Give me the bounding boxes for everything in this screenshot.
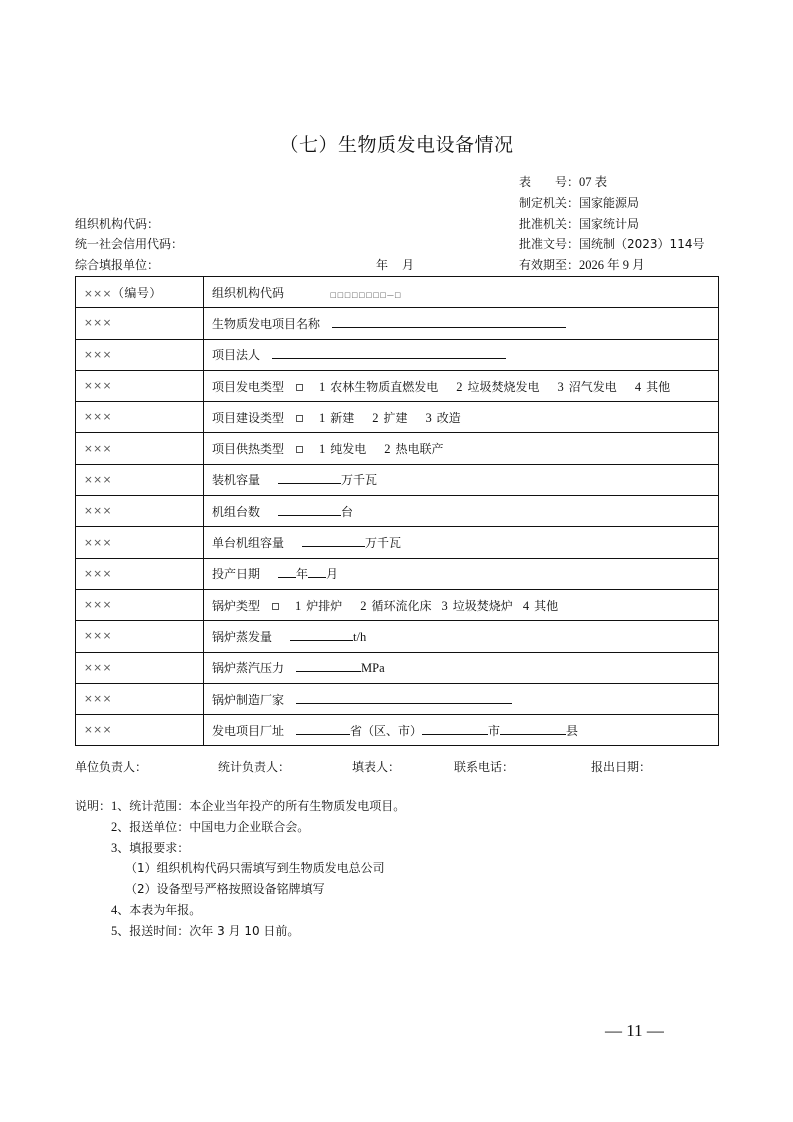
field-label: 项目供热类型 bbox=[212, 442, 284, 456]
note-text: 、报送时间：次年 3 月 10 日前。 bbox=[117, 924, 299, 938]
field-label: 生物质发电项目名称 bbox=[212, 317, 320, 331]
field-boiler-type[interactable]: 锅炉类型1炉排炉2循环流化床3垃圾焚烧炉4其他 bbox=[204, 589, 719, 620]
field-project-name[interactable]: 生物质发电项目名称 bbox=[204, 308, 719, 339]
checkbox-icon[interactable] bbox=[296, 384, 303, 391]
table-row: ×××（编号） 组织机构代码□□□□□□□□—□ bbox=[76, 277, 719, 308]
row-code: ××× bbox=[76, 558, 204, 589]
field-generation-type[interactable]: 项目发电类型1农林生物质直燃发电2垃圾焚烧发电3沼气发电4其他 bbox=[204, 370, 719, 401]
unit-label: 万千瓦 bbox=[365, 536, 401, 550]
table-row: ××× 锅炉蒸发量t/h bbox=[76, 621, 719, 652]
org-code-boxes[interactable]: □□□□□□□□—□ bbox=[330, 291, 402, 299]
table-row: ××× 单台机组容量万千瓦 bbox=[76, 527, 719, 558]
commission-year-blank[interactable] bbox=[278, 565, 296, 578]
field-label: 投产日期 bbox=[212, 567, 260, 581]
checkbox-icon[interactable] bbox=[272, 603, 279, 610]
unit-label: 万千瓦 bbox=[341, 473, 377, 487]
option-number: 2 bbox=[360, 599, 366, 613]
row-code: ××× bbox=[76, 683, 204, 714]
unit-label: MPa bbox=[361, 661, 385, 675]
field-site-address[interactable]: 发电项目厂址省（区、市）市县 bbox=[204, 715, 719, 746]
option-number: 1 bbox=[319, 442, 325, 456]
option-number: 4 bbox=[635, 380, 641, 394]
field-construction-type[interactable]: 项目建设类型1新建2扩建3改造 bbox=[204, 402, 719, 433]
note-text: 、本表为年报。 bbox=[117, 903, 201, 917]
field-label: 装机容量 bbox=[212, 473, 260, 487]
signature-report-date: 报出日期： bbox=[591, 758, 651, 775]
meta-issuing-authority: 制定机关：国家能源局 bbox=[519, 196, 639, 210]
org-code-label: 组织机构代码： bbox=[75, 217, 159, 231]
field-label: 机组台数 bbox=[212, 505, 260, 519]
note-text: 、填报要求： bbox=[117, 841, 189, 855]
note-item: 说明：1、统计范围：本企业当年投产的所有生物质发电项目。 bbox=[75, 796, 405, 817]
commission-month-blank[interactable] bbox=[308, 565, 326, 578]
option-number: 4 bbox=[523, 599, 529, 613]
option-label: 炉排炉 bbox=[306, 599, 342, 613]
option-number: 1 bbox=[319, 411, 325, 425]
field-boiler-manufacturer[interactable]: 锅炉制造厂家 bbox=[204, 683, 719, 714]
option-label: 纯发电 bbox=[330, 442, 366, 456]
page-title: （七）生物质发电设备情况 bbox=[0, 130, 793, 157]
table-row: ××× 锅炉类型1炉排炉2循环流化床3垃圾焚烧炉4其他 bbox=[76, 589, 719, 620]
option-label: 垃圾焚烧炉 bbox=[453, 599, 513, 613]
credit-code-label: 统一社会信用代码： bbox=[75, 237, 183, 251]
note-text: 、统计范围：本企业当年投产的所有生物质发电项目。 bbox=[117, 799, 405, 813]
meta-form-number: 表 号：07 表 bbox=[519, 175, 607, 189]
equipment-form-table: ×××（编号） 组织机构代码□□□□□□□□—□ ××× 生物质发电项目名称 ×… bbox=[75, 276, 719, 746]
unit-label: 台 bbox=[341, 505, 353, 519]
unit-label: t/h bbox=[353, 630, 366, 644]
signature-form-filler: 填表人： bbox=[352, 758, 400, 775]
field-label: 单台机组容量 bbox=[212, 536, 284, 550]
report-period: 年月 bbox=[376, 258, 414, 272]
meta-value: 2026 年 9 月 bbox=[579, 258, 645, 272]
checkbox-icon[interactable] bbox=[296, 446, 303, 453]
row-code: ××× bbox=[76, 496, 204, 527]
signature-unit-head: 单位负责人： bbox=[75, 758, 147, 775]
option-number: 2 bbox=[456, 380, 462, 394]
table-row: ××× 项目法人 bbox=[76, 339, 719, 370]
row-code: ××× bbox=[76, 715, 204, 746]
note-item: 5、报送时间：次年 3 月 10 日前。 bbox=[75, 921, 405, 942]
field-installed-capacity[interactable]: 装机容量万千瓦 bbox=[204, 464, 719, 495]
option-number: 3 bbox=[442, 599, 448, 613]
notes-prefix: 说明： bbox=[75, 799, 111, 813]
meta-label: 制定机关： bbox=[519, 196, 579, 210]
option-label: 农林生物质直燃发电 bbox=[330, 380, 438, 394]
year-label: 年 bbox=[376, 258, 388, 272]
option-number: 1 bbox=[295, 599, 301, 613]
field-label: 组织机构代码 bbox=[212, 286, 284, 300]
code-value: ××× bbox=[84, 288, 112, 300]
checkbox-icon[interactable] bbox=[296, 415, 303, 422]
month-label: 月 bbox=[326, 567, 338, 581]
option-label: 新建 bbox=[330, 411, 354, 425]
installed-capacity-blank[interactable] bbox=[278, 471, 341, 484]
option-label: 沼气发电 bbox=[569, 380, 617, 394]
page-number: — 11 — bbox=[605, 1021, 664, 1041]
notes-section: 说明：1、统计范围：本企业当年投产的所有生物质发电项目。 2、报送单位：中国电力… bbox=[75, 796, 405, 942]
note-text: 、报送单位：中国电力企业联合会。 bbox=[117, 820, 309, 834]
row-code: ××× bbox=[76, 339, 204, 370]
province-label: 省（区、市） bbox=[350, 724, 422, 738]
option-number: 3 bbox=[426, 411, 432, 425]
boiler-pressure-blank[interactable] bbox=[296, 659, 361, 672]
field-heating-type[interactable]: 项目供热类型1纯发电2热电联产 bbox=[204, 433, 719, 464]
field-label: 锅炉蒸发量 bbox=[212, 630, 272, 644]
field-unit-count[interactable]: 机组台数台 bbox=[204, 496, 719, 527]
signature-stats-head: 统计负责人： bbox=[218, 758, 290, 775]
field-commissioning-date[interactable]: 投产日期年月 bbox=[204, 558, 719, 589]
row-code: ××× bbox=[76, 402, 204, 433]
note-item: 4、本表为年报。 bbox=[75, 900, 405, 921]
project-name-blank[interactable] bbox=[332, 315, 566, 328]
row-code: ××× bbox=[76, 621, 204, 652]
row-code: ××× bbox=[76, 370, 204, 401]
county-blank[interactable] bbox=[500, 722, 566, 735]
note-item: 2、报送单位：中国电力企业联合会。 bbox=[75, 817, 405, 838]
option-label: 其他 bbox=[646, 380, 670, 394]
option-label: 改造 bbox=[437, 411, 461, 425]
option-label: 扩建 bbox=[384, 411, 408, 425]
option-label: 垃圾焚烧发电 bbox=[468, 380, 540, 394]
month-label: 月 bbox=[402, 258, 414, 272]
row-code: ××× bbox=[76, 433, 204, 464]
option-label: 循环流化床 bbox=[372, 599, 432, 613]
table-row: ××× 项目发电类型1农林生物质直燃发电2垃圾焚烧发电3沼气发电4其他 bbox=[76, 370, 719, 401]
note-subitem: （2）设备型号严格按照设备铭牌填写 bbox=[75, 879, 405, 900]
single-unit-capacity-blank[interactable] bbox=[302, 534, 365, 547]
note-subitem: （1）组织机构代码只需填写到生物质发电总公司 bbox=[75, 858, 405, 879]
row-code: ××× bbox=[76, 464, 204, 495]
city-blank[interactable] bbox=[422, 722, 488, 735]
boiler-manufacturer-blank[interactable] bbox=[296, 691, 512, 704]
field-label: 锅炉类型 bbox=[212, 599, 260, 613]
table-row: ××× 锅炉蒸汽压力MPa bbox=[76, 652, 719, 683]
field-legal-entity[interactable]: 项目法人 bbox=[204, 339, 719, 370]
field-label: 项目建设类型 bbox=[212, 411, 284, 425]
table-row: ××× 装机容量万千瓦 bbox=[76, 464, 719, 495]
note-item: 3、填报要求： bbox=[75, 838, 405, 859]
row-code: ××× bbox=[76, 589, 204, 620]
field-boiler-evaporation[interactable]: 锅炉蒸发量t/h bbox=[204, 621, 719, 652]
option-number: 3 bbox=[558, 380, 564, 394]
field-label: 锅炉制造厂家 bbox=[212, 693, 284, 707]
signature-phone: 联系电话： bbox=[454, 758, 514, 775]
field-boiler-steam-pressure[interactable]: 锅炉蒸汽压力MPa bbox=[204, 652, 719, 683]
meta-value: 国统制（2023）114号 bbox=[579, 237, 704, 251]
field-label: 项目法人 bbox=[212, 348, 260, 362]
meta-value: 国家能源局 bbox=[579, 196, 639, 210]
meta-approving-authority: 批准机关：国家统计局 bbox=[519, 217, 639, 231]
meta-label: 有效期至： bbox=[519, 258, 579, 272]
field-org-code[interactable]: 组织机构代码□□□□□□□□—□ bbox=[204, 277, 719, 308]
meta-label: 批准机关： bbox=[519, 217, 579, 231]
county-label: 县 bbox=[566, 724, 578, 738]
field-label: 锅炉蒸汽压力 bbox=[212, 661, 284, 675]
boiler-evaporation-blank[interactable] bbox=[290, 628, 353, 641]
legal-entity-blank[interactable] bbox=[272, 346, 506, 359]
reporting-unit-label: 综合填报单位： bbox=[75, 258, 159, 272]
table-row: ××× 投产日期年月 bbox=[76, 558, 719, 589]
meta-approval-number: 批准文号：国统制（2023）114号 bbox=[519, 237, 704, 251]
unit-count-blank[interactable] bbox=[278, 503, 341, 516]
row-code: ×××（编号） bbox=[76, 277, 204, 308]
meta-valid-until: 有效期至：2026 年 9 月 bbox=[519, 258, 645, 272]
row-code: ××× bbox=[76, 527, 204, 558]
option-label: 热电联产 bbox=[396, 442, 444, 456]
meta-value: 国家统计局 bbox=[579, 217, 639, 231]
table-row: ××× 生物质发电项目名称 bbox=[76, 308, 719, 339]
option-number: 2 bbox=[372, 411, 378, 425]
row-code: ××× bbox=[76, 652, 204, 683]
year-label: 年 bbox=[296, 567, 308, 581]
table-row: ××× 锅炉制造厂家 bbox=[76, 683, 719, 714]
province-blank[interactable] bbox=[296, 722, 350, 735]
code-suffix: （编号） bbox=[112, 286, 162, 300]
city-label: 市 bbox=[488, 724, 500, 738]
table-row: ××× 发电项目厂址省（区、市）市县 bbox=[76, 715, 719, 746]
option-number: 2 bbox=[384, 442, 390, 456]
table-row: ××× 机组台数台 bbox=[76, 496, 719, 527]
meta-label: 批准文号： bbox=[519, 237, 579, 251]
row-code: ××× bbox=[76, 308, 204, 339]
option-number: 1 bbox=[319, 380, 325, 394]
table-row: ××× 项目供热类型1纯发电2热电联产 bbox=[76, 433, 719, 464]
field-single-unit-capacity[interactable]: 单台机组容量万千瓦 bbox=[204, 527, 719, 558]
meta-label: 表 号： bbox=[519, 175, 579, 189]
field-label: 发电项目厂址 bbox=[212, 724, 284, 738]
table-row: ××× 项目建设类型1新建2扩建3改造 bbox=[76, 402, 719, 433]
option-label: 其他 bbox=[534, 599, 558, 613]
field-label: 项目发电类型 bbox=[212, 380, 284, 394]
meta-value: 07 表 bbox=[579, 175, 607, 189]
